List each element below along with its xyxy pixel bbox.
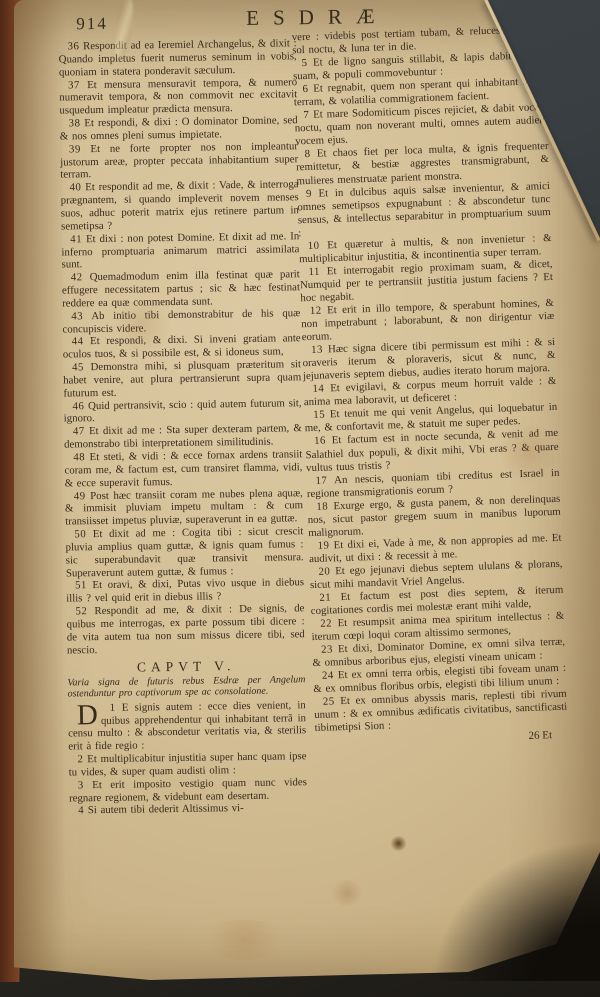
verse-number: 4: [78, 805, 84, 817]
verse-number: 7: [303, 109, 309, 121]
verse: 2 Et multiplicabitur injustitia super ha…: [68, 750, 306, 779]
verse: 36 Respondit ad ea Ieremiel Archangelus,…: [58, 37, 297, 79]
chapter-heading: CAPVT V.: [67, 657, 305, 676]
verse: 39 Et ne forte propter nos non impleantu…: [60, 140, 299, 182]
verse-number: 51: [75, 580, 87, 592]
verse-number: 46: [72, 400, 84, 412]
verse-number: 14: [312, 383, 324, 395]
verse-number: 47: [73, 426, 85, 438]
chapter-5-verses: D1 E signis autem : ecce dies venient, i…: [68, 699, 308, 818]
verse-number: 40: [69, 182, 81, 194]
verse: 41 Et dixi : non potest Domine. Et dixit…: [61, 230, 300, 272]
verse-number: 52: [75, 605, 87, 617]
verse: 40 Et respondit ad me, & dixit : Vade, &…: [60, 178, 299, 233]
verse: 48 Et steti, & vidi : & ecce fornax arde…: [64, 448, 303, 490]
verse-number: 41: [70, 233, 82, 245]
verse: 37 Et mensura mensuravit tempora, & nume…: [59, 76, 298, 118]
verse-number: 6: [302, 83, 308, 95]
verse-number: 2: [77, 753, 83, 765]
verse-number: 17: [315, 474, 327, 486]
drop-cap: D: [68, 703, 98, 727]
verse: 50 Et dixit ad me : Cogita tibi : sicut …: [65, 525, 304, 580]
verse-number: 20: [318, 565, 330, 577]
verse: 38 Et respondi, & dixi : O dominator Dom…: [60, 114, 298, 143]
verse: 46 Quid pertransivit, scio : quid autem …: [63, 397, 301, 426]
verse-number: 25: [323, 696, 335, 708]
verse-number: 10: [308, 239, 320, 251]
verse-number: 43: [71, 310, 83, 322]
verse-number: 8: [304, 148, 310, 160]
verse-number: 3: [78, 779, 84, 791]
verse-number: 5: [301, 57, 307, 69]
verse-number: 21: [319, 591, 331, 603]
right-column: vere : videbis post tertiam tubam, & rel…: [292, 23, 569, 749]
verse-number: 11: [308, 265, 320, 277]
verse-number: 49: [74, 490, 86, 502]
verse-number: 23: [321, 644, 333, 656]
verse-number: 1: [110, 702, 116, 714]
left-column: 36 Respondit ad ea Ieremiel Archangelus,…: [58, 37, 307, 818]
verse: 42 Quemadmodum enim illa festinat quæ pa…: [62, 268, 301, 310]
verse-number: 9: [306, 187, 312, 199]
chapter-4-verses: 36 Respondit ad ea Ieremiel Archangelus,…: [58, 37, 305, 657]
chapter-5-verses-continued: 5 Et de ligno sanguis stillabit, & lapis…: [292, 49, 567, 735]
verse: 43 Ab initio tibi demonstrabitur de his …: [62, 307, 300, 336]
verse-number: 18: [316, 500, 328, 512]
chapter-argument: Varia signa de futuris rebus Esdræ per A…: [67, 674, 305, 701]
verse-number: 42: [71, 271, 83, 283]
verse-number: 37: [68, 79, 80, 91]
verse-number: 19: [317, 539, 329, 551]
verse-number: 12: [310, 305, 322, 317]
verse-number: 24: [322, 670, 334, 682]
verse-number: 50: [74, 528, 86, 540]
page-number: 914: [76, 14, 108, 34]
verse: D1 E signis autem : ecce dies venient, i…: [68, 699, 307, 754]
verse: 47 Et dixit ad me : Sta super dexteram p…: [64, 423, 302, 452]
verse-number: 48: [73, 451, 85, 463]
book-page: 914 ESDRÆ 36 Respondit ad ea Ieremiel Ar…: [0, 0, 600, 997]
verse-number: 16: [314, 435, 326, 447]
running-title: ESDRÆ: [246, 4, 389, 31]
verse-number: 36: [67, 40, 79, 52]
verse-number: 13: [311, 344, 323, 356]
verse: 51 Et oravi, & dixi, Putas vivo usque in…: [66, 577, 304, 606]
verse-number: 39: [69, 143, 81, 155]
verse: 49 Post hæc transiit coram me nubes plen…: [65, 487, 304, 529]
verse: 4 Si autem tibi dederit Altissimus vi-: [69, 802, 307, 818]
verse: 9 Et in dulcibus aquis salsæ invenientur…: [297, 180, 552, 241]
verse-number: 45: [72, 361, 84, 373]
verse-number: 38: [69, 117, 81, 129]
verse: 45 Demonstra mihi, si plusquam præteritu…: [63, 358, 302, 400]
verse: 3 Et erit imposito vestigio quam nunc vi…: [69, 776, 307, 805]
page-content: 914 ESDRÆ 36 Respondit ad ea Ieremiel Ar…: [58, 0, 600, 966]
verse: 52 Respondit ad me, & dixit : De signis,…: [66, 602, 305, 657]
verse-number: 44: [72, 336, 84, 348]
verse-number: 22: [320, 618, 332, 630]
verse-number: 15: [313, 409, 325, 421]
verse: 44 Et respondi, & dixi. Si inveni gratia…: [63, 333, 301, 362]
